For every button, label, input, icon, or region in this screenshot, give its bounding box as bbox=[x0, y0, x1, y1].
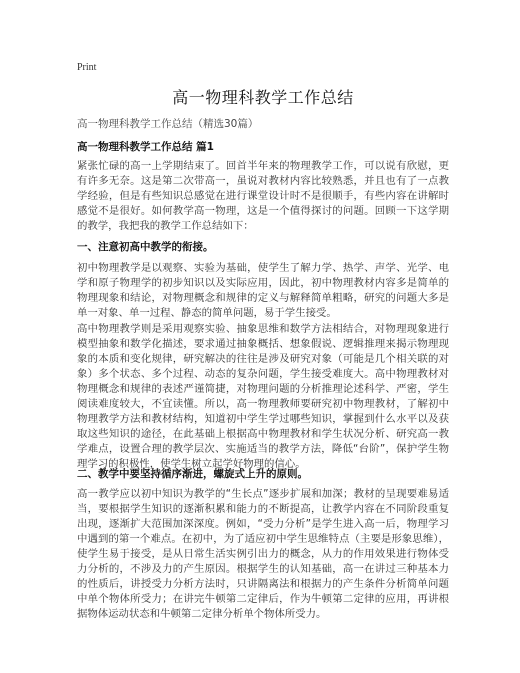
section-2-paragraph-1: 高一教学应以初中知识为教学的“生长点”逐步扩展和加深；教材的呈现要难易适当，要根… bbox=[77, 487, 449, 622]
section-1-paragraph-2: 高中物理教学则是采用观察实验、抽象思维和数学方法相结合，对物理现象进行模型抽象和… bbox=[77, 322, 449, 472]
section-1-heading: 一、注意初高中教学的衔接。 bbox=[77, 239, 214, 254]
print-link[interactable]: Print bbox=[77, 62, 96, 73]
document-subtitle: 高一物理科教学工作总结（精选30篇） bbox=[77, 116, 258, 131]
section-2-heading: 二、教学中要坚持循序渐进，螺旋式上升的原则。 bbox=[77, 466, 308, 481]
intro-paragraph: 紧张忙碌的高一上学期结束了。回首半年来的物理教学工作，可以说有欣慰，更有许多无奈… bbox=[77, 159, 449, 234]
article-heading: 高一物理科教学工作总结 篇1 bbox=[77, 139, 214, 154]
page-title: 高一物理科教学工作总结 bbox=[77, 85, 449, 108]
section-1-paragraph-1: 初中物理教学是以观察、实验为基础，使学生了解力学、热学、声学、光学、电学和原子物… bbox=[77, 261, 449, 321]
